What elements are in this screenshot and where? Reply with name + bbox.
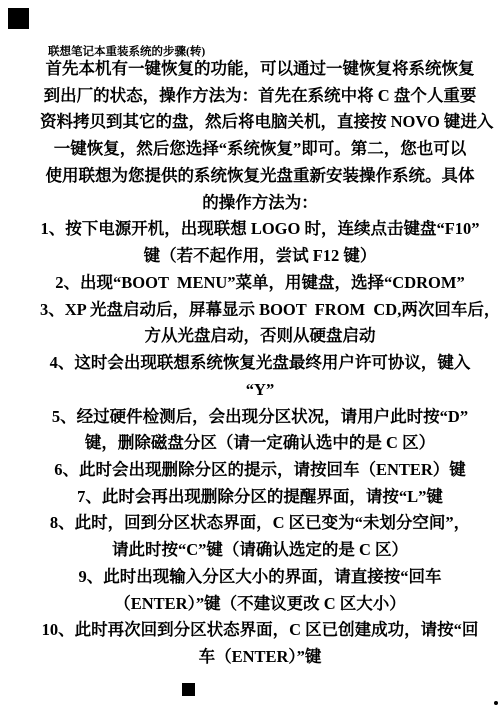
text-line: “Y” bbox=[40, 377, 480, 404]
text-line: 资料拷贝到其它的盘，然后将电脑关机，直接按 NOVO 键进入 bbox=[40, 109, 480, 136]
text-line: 键（若不起作用，尝试 F12 键） bbox=[40, 243, 480, 270]
document-body: 首先本机有一键恢复的功能，可以通过一键恢复将系统恢复到出厂的状态，操作方法为：首… bbox=[40, 56, 480, 671]
text-line: 请此时按“C”键（请确认选定的是 C 区） bbox=[40, 537, 480, 564]
text-line: 8、此时，回到分区状态界面，C 区已变为“未划分空间”， bbox=[40, 510, 480, 537]
text-line: 7、此时会再出现删除分区的提醒界面，请按“L”键 bbox=[40, 484, 480, 511]
text-line: 使用联想为您提供的系统恢复光盘重新安装操作系统。具体 bbox=[40, 163, 480, 190]
text-line: 2、出现“BOOT MENU”菜单，用键盘，选择“CDROM” bbox=[40, 270, 480, 297]
text-line: 4、这时会出现联想系统恢复光盘最终用户许可协议，键入 bbox=[40, 350, 480, 377]
text-line: （ENTER）”键（不建议更改 C 区大小） bbox=[40, 591, 480, 618]
black-square-small-icon bbox=[182, 683, 195, 696]
text-line: 6、此时会出现删除分区的提示，请按回车（ENTER）键 bbox=[40, 457, 480, 484]
black-square-icon bbox=[8, 8, 29, 29]
text-line: 的操作方法为： bbox=[40, 190, 480, 217]
text-line: 一键恢复，然后您选择“系统恢复”即可。第二，您也可以 bbox=[40, 136, 480, 163]
text-line: 5、经过硬件检测后，会出现分区状况，请用户此时按“D” bbox=[40, 404, 480, 431]
text-line: 3、XP 光盘启动后，屏幕显示 BOOT FROM CD,两次回车后， bbox=[40, 297, 480, 324]
text-line: 到出厂的状态，操作方法为：首先在系统中将 C 盘个人重要 bbox=[40, 83, 480, 110]
text-line: 键，删除磁盘分区（请一定确认选中的是 C 区） bbox=[40, 430, 480, 457]
text-line: 1、按下电源开机，出现联想 LOGO 时，连续点击键盘“F10” bbox=[40, 216, 480, 243]
text-line: 9、此时出现输入分区大小的界面，请直接按“回车 bbox=[40, 564, 480, 591]
text-line: 方从光盘启动，否则从硬盘启动 bbox=[40, 323, 480, 350]
black-dot-icon bbox=[494, 701, 498, 705]
document-page: 联想笔记本重装系统的步骤(转) 首先本机有一键恢复的功能，可以通过一键恢复将系统… bbox=[0, 0, 500, 708]
text-line: 车（ENTER）”键 bbox=[40, 644, 480, 671]
text-line: 10、此时再次回到分区状态界面，C 区已创建成功，请按“回 bbox=[40, 617, 480, 644]
text-line: 首先本机有一键恢复的功能，可以通过一键恢复将系统恢复 bbox=[40, 56, 480, 83]
